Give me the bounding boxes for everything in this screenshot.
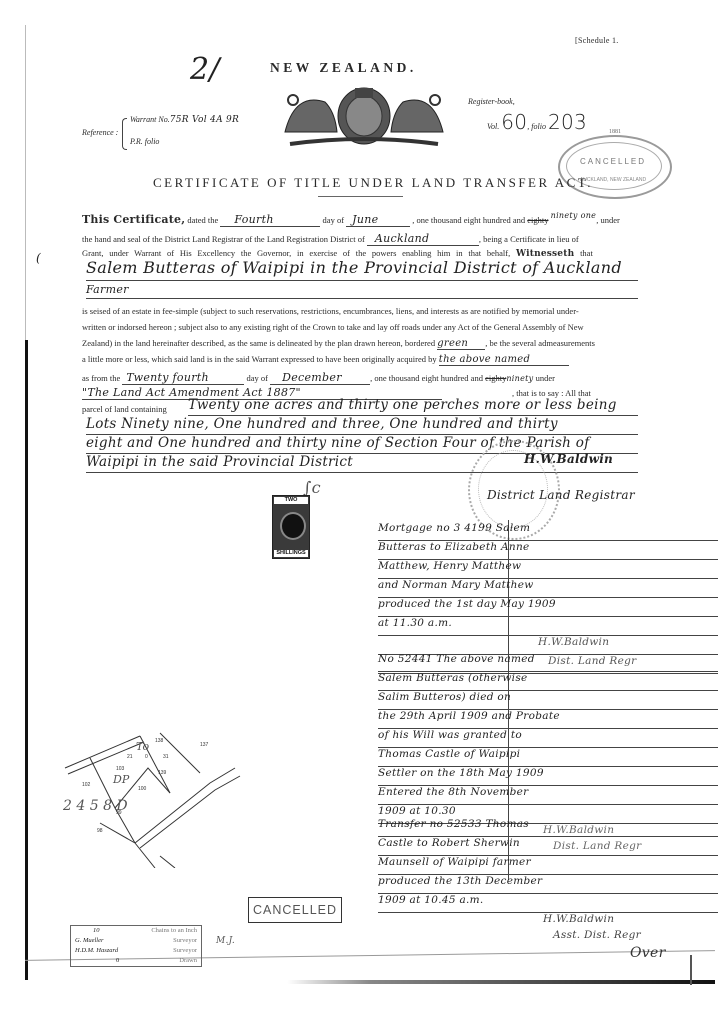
from-day-value: Twenty fourth [126,371,209,384]
acquired-text: a little more or less, which said land i… [82,354,437,364]
memorial-line: Salem Butteras (otherwise [378,672,718,691]
country-heading: NEW ZEALAND. [270,60,417,76]
memorial-line: and Norman Mary Matthew [378,579,718,598]
svg-text:137: 137 [200,742,209,748]
vol-value: 60 [501,110,527,134]
from-day-of-label: day of [247,373,268,383]
survey-plan-diagram: 137 138 139 102 103 100 99 98 21 0 31 To… [60,728,245,868]
as-from-label: as from the [82,373,120,383]
svg-text:138: 138 [155,738,164,744]
memorial-line: Transfer no 52533 Thomas [378,818,718,837]
registrar-title: District Land Registrar [487,488,635,502]
svg-text:139: 139 [158,770,167,776]
day-value: Fourth [234,213,273,226]
memorial-line: Salim Butteros) died on [378,691,718,710]
year-text: , one thousand eight hundred and [412,215,525,225]
under-label-2: under [536,373,555,383]
drawn-label: Drawn [179,957,197,964]
memorial-line: Maunsell of Waipipi farmer [378,856,718,875]
registrar-signature: H.W.Baldwin [524,452,613,466]
memorial-line: produced the 13th December [378,875,718,894]
memorial-line: at 11.30 a.m. [378,617,718,636]
vol-label: Vol. [487,122,499,131]
estate-line-3: Zealand) in the land hereinafter describ… [82,338,595,350]
certificate-line-1: This Certificate, dated the Fourth day o… [82,213,620,227]
reference-label: Reference : [82,128,118,137]
scan-bottom-shadow [25,980,715,984]
admeasurements-text: , be the several admeasurements [485,338,595,348]
memorial-line: Settler on the 18th May 1909 [378,767,718,786]
reference-brace [122,118,127,150]
warrant-label: Warrant No. [130,115,170,124]
surveyor-box: 10 Chains to an Inch G. Mueller Surveyor… [70,925,202,967]
memorial-line: 1909 at 10.45 a.m. [378,894,718,913]
memorial-line: Thomas Castle of Waipipi [378,748,718,767]
warrant-value: 75R Vol 4A 9R [170,115,239,125]
margin-mark: ( [36,251,41,265]
estate-line-5: as from the Twenty fourth day of Decembe… [82,371,555,385]
svg-text:2 4 5 8 D: 2 4 5 8 D [62,798,128,814]
from-month-value: December [282,371,342,384]
svg-text:98: 98 [97,828,103,834]
surveyor-role-1: Surveyor [173,937,197,944]
memorial-line: Castle to Robert Sherwin [378,837,718,856]
two-shillings-duty-stamp-icon: TWO SHILLINGS [272,495,310,559]
pr-folio-label: P.R. folio [130,137,159,146]
left-margin-shadow [25,340,28,980]
from-year-text: , one thousand eight hundred and [370,373,483,383]
day-field[interactable]: Fourth [220,213,320,227]
estate-line-4: a little more or less, which said land i… [82,354,569,366]
surveyor-2: H.D.M. Haszard [75,947,118,954]
border-color-value: green [437,338,468,349]
from-year-value: ninety [506,374,533,383]
memorial-line: Mortgage no 3 4199 Salem [378,522,718,541]
bordered-text: Zealand) in the land hereinafter describ… [82,338,435,348]
occupation-field[interactable]: Farmer [86,283,638,299]
svg-text:100: 100 [138,786,147,792]
memorial-3: Transfer no 52533 Thomas Castle to Rober… [378,818,718,961]
that-label: that [580,248,593,258]
acquired-by-field[interactable]: the above named [439,354,569,366]
memorial-role: Asst. Dist. Regr [378,929,718,945]
bottom-value: 0 [116,957,119,964]
district-value: Auckland [375,232,429,245]
memorial-line: the 29th April 1909 and Probate [378,710,718,729]
cancelled-stamp: CANCELLED [248,897,342,923]
lieu-text: , being a Certificate in lieu of [479,234,579,244]
district-field[interactable]: Auckland [367,232,479,246]
memorial-line: No 52441 The above named [378,653,718,672]
registrar-text: the hand and seal of the District Land R… [82,234,365,244]
svg-text:0: 0 [145,754,148,760]
folio-label: , folio [527,122,546,131]
parcel-label: parcel of land containing [82,404,167,414]
certificate-lead: This Certificate, [82,213,185,226]
estate-line-2: written or indorsed hereon ; subject als… [82,322,584,332]
year-value: ninety one [551,211,597,220]
folio-value: 203 [548,110,587,134]
chains-label: Chains to an Inch [151,927,197,934]
svg-text:102: 102 [82,782,91,788]
surveyor-role-2: Surveyor [173,947,197,954]
month-value: June [352,213,378,226]
svg-text:To: To [136,740,149,753]
page-number-mark: 2/ [190,52,220,87]
from-month-field[interactable]: December [270,371,370,385]
over-note: Over [378,945,718,961]
certificate-title: CERTIFICATE OF TITLE UNDER LAND TRANSFER… [153,175,593,191]
memorial-line: Matthew, Henry Matthew [378,560,718,579]
parcel-line-1[interactable]: Twenty one acres and thirty one perches … [188,397,638,416]
memorial-signature: H.W.Baldwin [378,913,718,929]
svg-text:31: 31 [163,754,169,760]
owner-field[interactable]: Salem Butteras of Waipipi in the Provinc… [86,258,638,281]
memorial-1: Mortgage no 3 4199 Salem Butteras to Eli… [378,522,718,674]
from-year-struck: eighty [485,373,506,383]
under-label: , under [596,215,620,225]
svg-text:21: 21 [127,754,133,760]
stamp-top-label: TWO [274,497,308,504]
scale-value: 10 [93,927,100,934]
stamp-cancelled-text: CANCELLED [572,157,654,166]
schedule-label: [Schedule 1. [575,36,619,45]
estate-line-1: is seised of an estate in fee-simple (su… [82,306,579,316]
stamp-bottom-label: SHILLINGS [274,550,308,557]
memorial-line: Entered the 8th November [378,786,718,805]
title-underline [318,196,403,197]
left-margin-line [25,25,26,355]
from-day-field[interactable]: Twenty fourth [122,371,244,385]
year-struck: eighty [527,215,548,225]
cancel-initials: M.J. [216,936,235,946]
register-book-label: Register-book, [468,97,515,106]
warrant-field: Warrant No.75R Vol 4A 9R [130,115,239,125]
certificate-line-2: the hand and seal of the District Land R… [82,232,579,246]
border-color-field[interactable]: green [437,338,485,350]
month-field[interactable]: June [346,213,410,227]
owner-value: Salem Butteras of Waipipi in the Provinc… [86,258,622,277]
occupation-value: Farmer [86,283,129,296]
memorial-line: of his Will was granted to [378,729,718,748]
parcel-line-2[interactable]: Lots Ninety nine, One hundred and three,… [86,416,638,435]
svg-text:DP: DP [112,773,130,786]
dated-the-label: dated the [187,215,218,225]
stamp-center-circle [280,512,306,540]
memorial-line: produced the 1st day May 1909 [378,598,718,617]
memorial-line: Butteras to Elizabeth Anne [378,541,718,560]
grant-text: Grant, under Warrant of His Excellency t… [82,248,510,258]
day-of-label: day of [323,215,344,225]
acquired-by-value: the above named [439,354,530,365]
svg-text:103: 103 [116,766,125,772]
surveyor-1: G. Mueller [75,937,104,944]
volume-folio-field: Vol. 60, folio 203 [487,110,587,134]
royal-coat-of-arms-icon [275,82,453,146]
